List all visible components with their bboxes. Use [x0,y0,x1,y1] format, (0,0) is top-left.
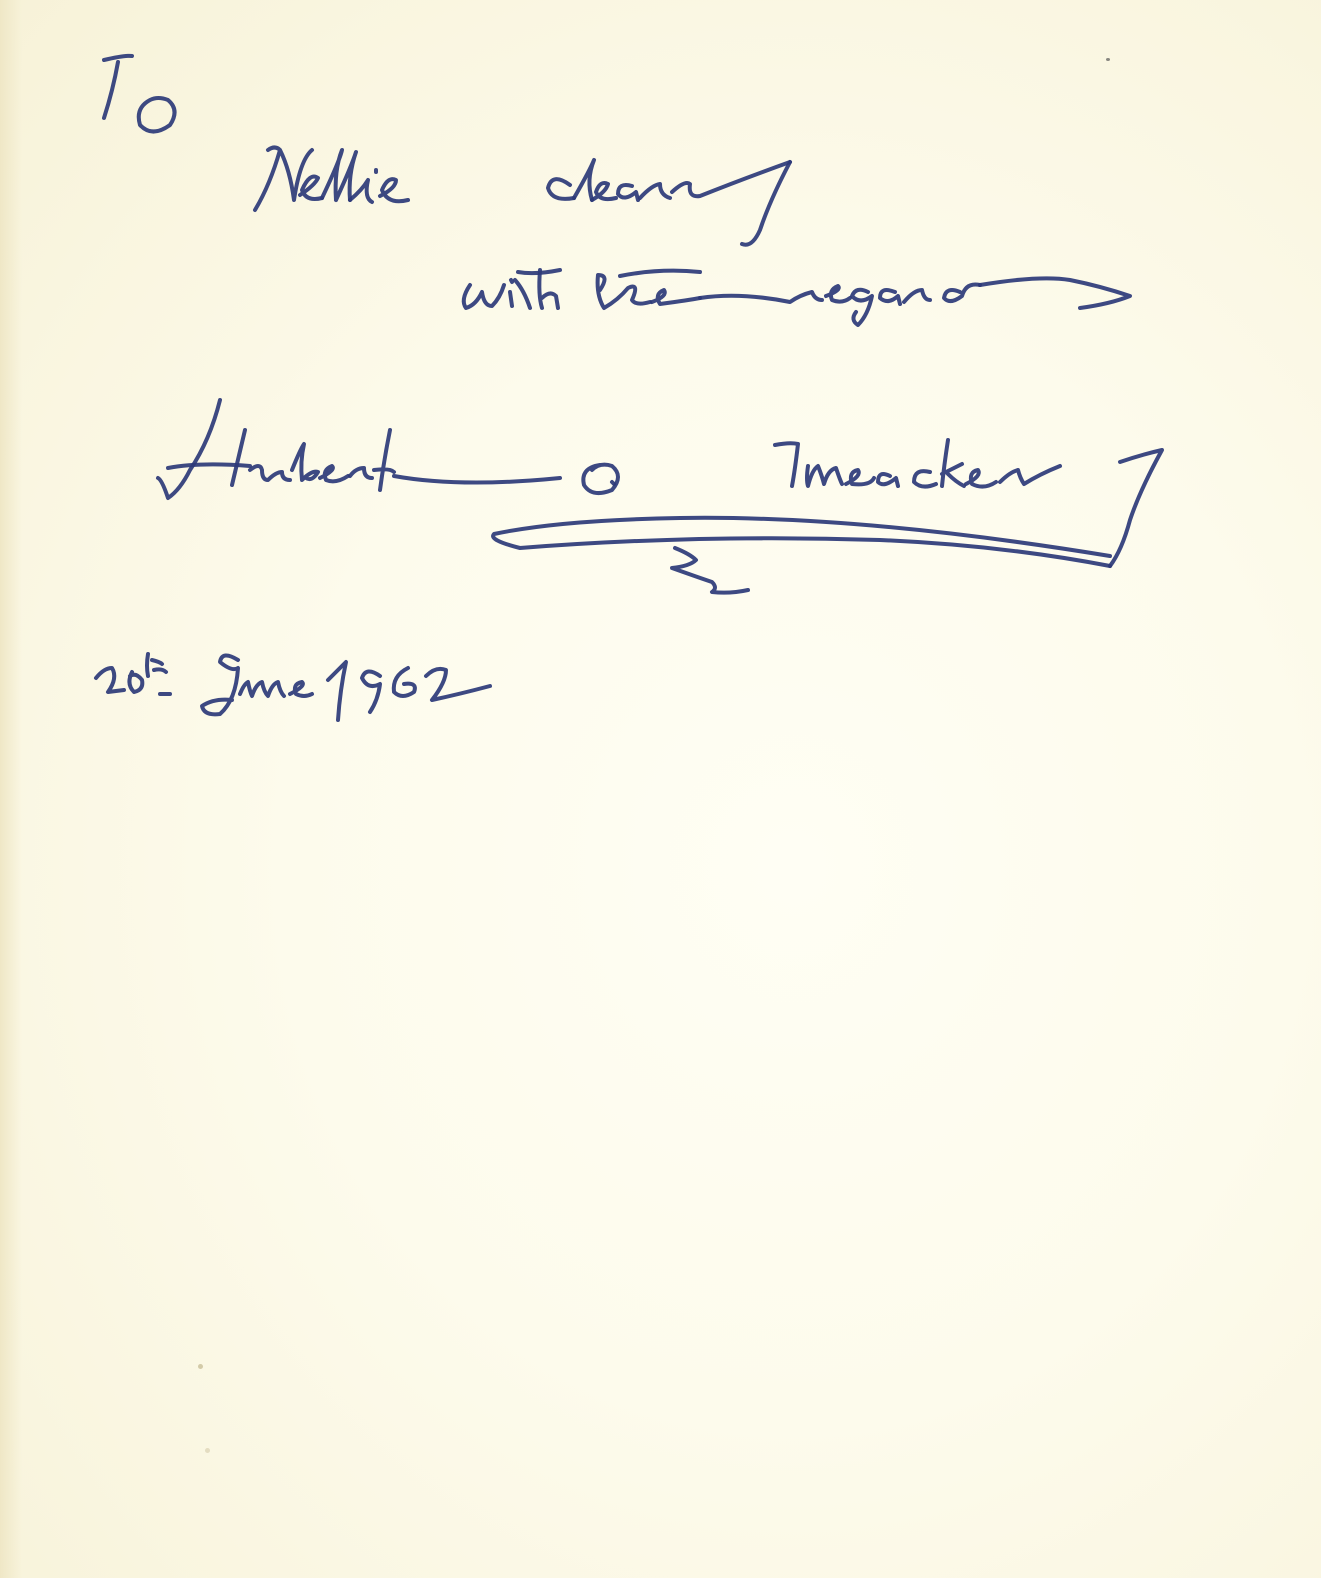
handwriting-sentiment [464,270,1130,325]
paper-speck [198,1364,203,1369]
handwriting-to [104,56,175,132]
handwriting-date [96,654,490,720]
handwriting-ink [0,0,1321,1578]
inscription-page: To Nellie Cleary with best regards Herbe… [0,0,1321,1578]
handwriting-recipient [255,148,790,245]
paper-speck [205,1448,210,1453]
handwriting-signature [158,400,1162,593]
paper-speck [1106,58,1110,61]
